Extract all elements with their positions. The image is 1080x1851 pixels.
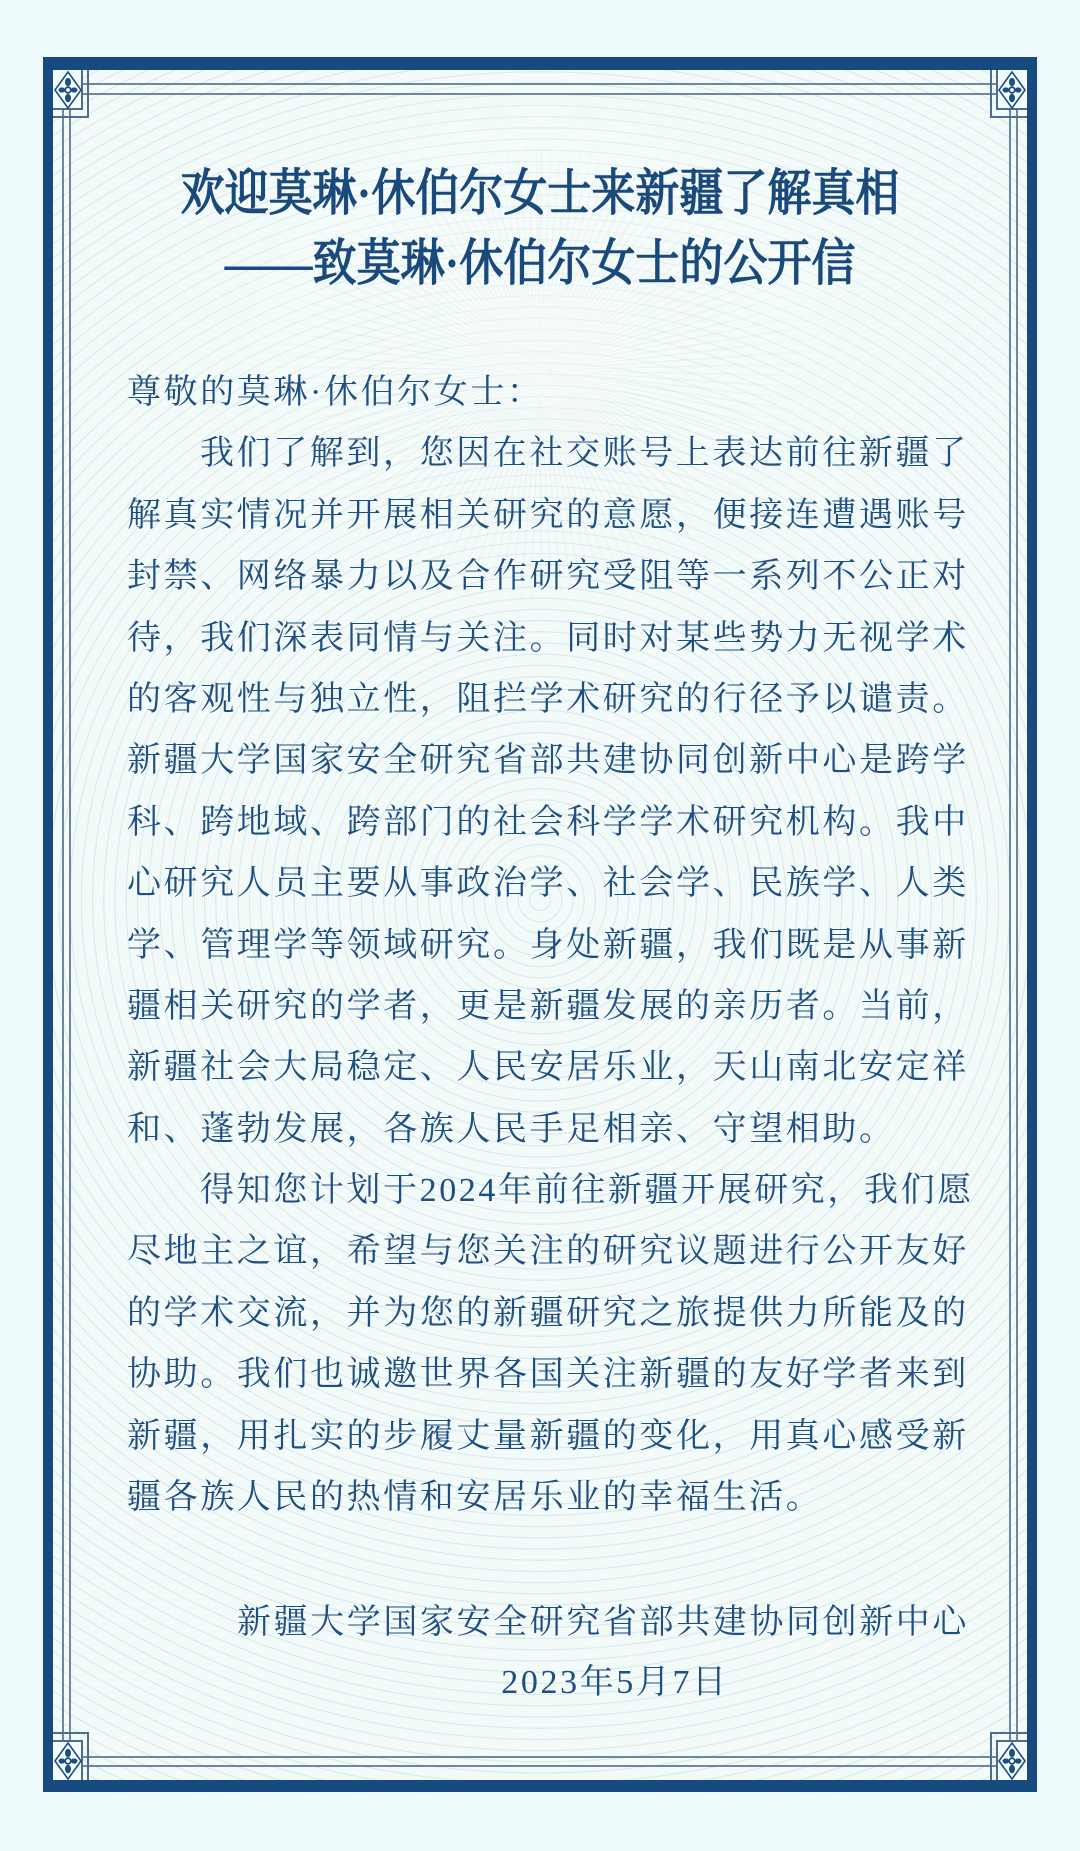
body-line: 封禁、网络暴力以及合作研究受阻等一系列不公正对 — [127, 546, 972, 607]
body-line: 新疆大学国家安全研究省部共建协同创新中心是跨学 — [127, 730, 972, 791]
letter-body: 尊敬的莫琳·休伯尔女士： 我们了解到，您因在社交账号上表达前往新疆了 解真实情况… — [127, 362, 972, 1528]
signature-date: 2023年5月7日 — [465, 1652, 765, 1713]
frame-left-line-outer — [62, 110, 64, 1740]
signature-organization: 新疆大学国家安全研究省部共建协同创新中心 — [127, 1592, 969, 1653]
body-line: 的客观性与独立性，阻拦学术研究的行径予以谴责。 — [127, 669, 972, 730]
title-main: 欢迎莫琳·休伯尔女士来新疆了解真相 — [65, 158, 1015, 228]
greeting: 尊敬的莫琳·休伯尔女士： — [127, 362, 972, 423]
frame-right-line-outer — [1016, 110, 1018, 1740]
body-line: 协助。我们也诚邀世界各国关注新疆的友好学者来到 — [127, 1344, 972, 1405]
body-line: 疆相关研究的学者，更是新疆发展的亲历者。当前， — [127, 976, 972, 1037]
body-line: 新疆社会大局稳定、人民安居乐业，天山南北安定祥 — [127, 1037, 972, 1098]
letter-title: 欢迎莫琳·休伯尔女士来新疆了解真相 ——致莫琳·休伯尔女士的公开信 — [0, 158, 1080, 298]
diamond-ornament-icon — [53, 1741, 83, 1781]
body-line: 的学术交流，并为您的新疆研究之旅提供力所能及的 — [127, 1283, 972, 1344]
diamond-ornament-icon — [53, 70, 83, 110]
body-line: 新疆，用扎实的步履丈量新疆的变化，用真心感受新 — [127, 1406, 972, 1467]
frame-top-line-outer — [83, 83, 996, 85]
body-line: 得知您计划于2024年前往新疆开展研究，我们愿 — [127, 1160, 972, 1221]
paragraph-1: 我们了解到，您因在社交账号上表达前往新疆了 解真实情况并开展相关研究的意愿，便接… — [127, 423, 972, 1160]
frame-bottom-line-inner — [83, 1756, 996, 1758]
body-line: 学、管理学等领域研究。身处新疆，我们既是从事新 — [127, 915, 972, 976]
body-line: 待，我们深表同情与关注。同时对某些势力无视学术 — [127, 608, 972, 669]
body-line: 和、蓬勃发展，各族人民手足相亲、守望相助。 — [127, 1099, 972, 1160]
frame-top-line-inner — [83, 93, 996, 95]
frame-left-line-inner — [69, 110, 71, 1740]
body-line: 科、跨地域、跨部门的社会科学学术研究机构。我中 — [127, 792, 972, 853]
body-line: 尽地主之谊，希望与您关注的研究议题进行公开友好 — [127, 1221, 972, 1282]
paragraph-2: 得知您计划于2024年前往新疆开展研究，我们愿 尽地主之谊，希望与您关注的研究议… — [127, 1160, 972, 1528]
diamond-ornament-icon — [997, 1741, 1027, 1781]
body-line: 疆各族人民的热情和安居乐业的幸福生活。 — [127, 1467, 972, 1528]
title-subtitle: ——致莫琳·休伯尔女士的公开信 — [65, 228, 1015, 298]
diamond-ornament-icon — [997, 70, 1027, 110]
frame-right-line-inner — [1009, 110, 1011, 1740]
letter-page: 欢迎莫琳·休伯尔女士来新疆了解真相 ——致莫琳·休伯尔女士的公开信 尊敬的莫琳·… — [0, 0, 1080, 1851]
body-line: 我们了解到，您因在社交账号上表达前往新疆了 — [127, 423, 972, 484]
body-line: 解真实情况并开展相关研究的意愿，便接连遭遇账号 — [127, 485, 972, 546]
body-line: 心研究人员主要从事政治学、社会学、民族学、人类 — [127, 853, 972, 914]
frame-bottom-line-outer — [83, 1765, 996, 1767]
